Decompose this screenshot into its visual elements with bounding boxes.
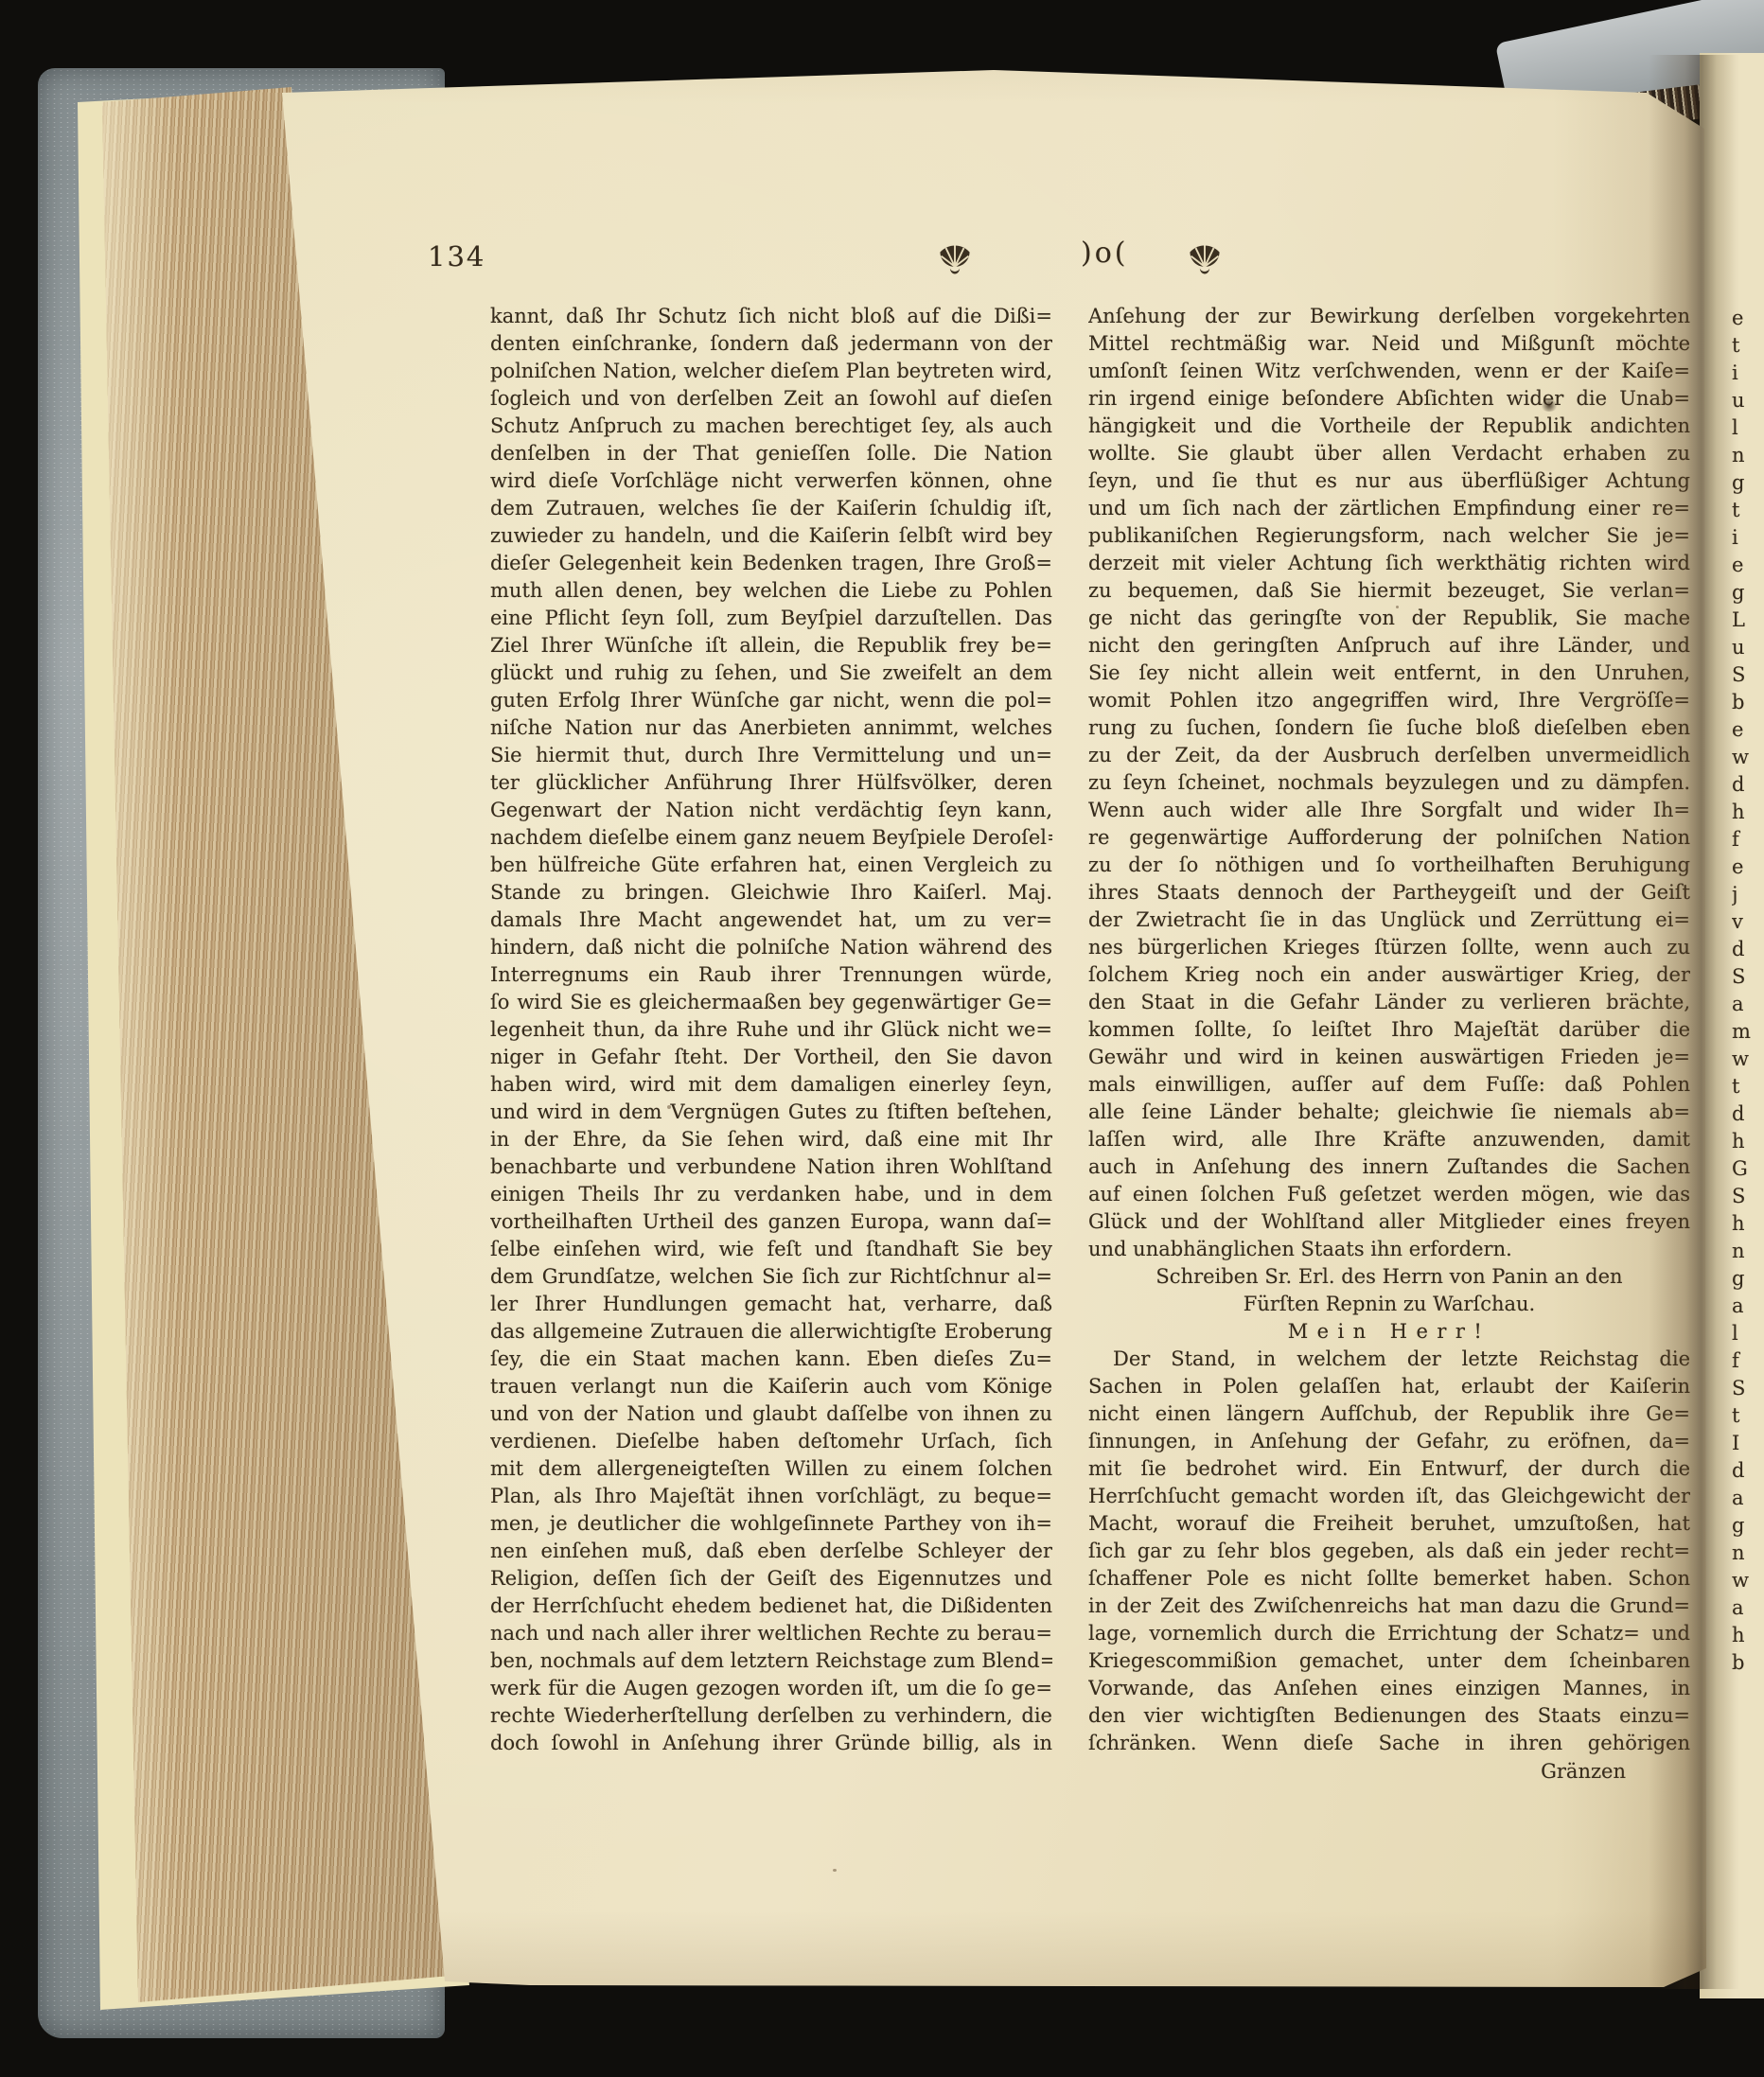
text-line: und unabhänglichen Staats ihn erfordern. [1088, 1236, 1690, 1263]
page-number: 134 [428, 240, 485, 273]
text-line: hindern, daß nicht die polniſche Nation … [490, 934, 1052, 961]
text-line: Stande zu bringen. Gleichwie Ihro Kaiſer… [490, 879, 1052, 906]
text-line: t [1732, 332, 1764, 360]
text-line: n [1732, 442, 1764, 469]
text-line: mit ſie bedrohet wird. Ein Entwurf, der … [1088, 1455, 1690, 1483]
scanned-book-photo: etiulngtiegLuSbewdhfejvdSamwtdhGShngalfS… [0, 0, 1764, 2077]
text-line: g [1732, 1265, 1764, 1293]
text-line: g [1732, 469, 1764, 497]
text-line: kommen ſollte, ſo leiſtet Ihro Majeſtät … [1088, 1016, 1690, 1044]
text-line: der Herrſchſucht ehedem bedienet hat, di… [490, 1593, 1052, 1620]
text-line: w [1732, 744, 1764, 771]
text-line: denſelben in der That genieſſen ſolle. D… [490, 440, 1052, 467]
text-line: haben wird, wird mit dem damaligen einer… [490, 1071, 1052, 1099]
text-line: Schreiben Sr. Erl. des Herrn von Panin a… [1088, 1263, 1690, 1291]
text-line: d [1732, 771, 1764, 799]
text-line: mit dem allergeneigteſten Willen zu eine… [490, 1455, 1052, 1483]
text-line: men, je deutlicher die wohlgeſinnete Par… [490, 1510, 1052, 1538]
text-line: l [1732, 414, 1764, 442]
text-line: in der Zeit des Zwiſchenreichs hat man d… [1088, 1593, 1690, 1620]
text-line: Schutz Anſpruch zu machen berechtiget ſe… [490, 413, 1052, 440]
text-line: ben, nochmals auf dem letztern Reichstag… [490, 1647, 1052, 1675]
text-line: j [1732, 881, 1764, 908]
text-line: Fürſten Repnin zu Warſchau. [1088, 1291, 1690, 1318]
text-line: e [1732, 854, 1764, 881]
text-line: I [1732, 1430, 1764, 1457]
text-line: e [1732, 552, 1764, 579]
text-line: womit Pohlen itzo angegriffen wird, Ihre… [1088, 687, 1690, 714]
text-line: denten einſchranke, ſondern daß jederman… [490, 330, 1052, 358]
text-line: der Zwietracht ſie in das Unglück und Ze… [1088, 906, 1690, 934]
text-line: h [1732, 1128, 1764, 1155]
text-line: werk für die Augen gezogen worden iſt, u… [490, 1675, 1052, 1702]
text-line: Sie ſey nicht allein weit entfernt, in d… [1088, 660, 1690, 687]
text-line: und wird in dem Vergnügen Gutes zu ſtift… [490, 1099, 1052, 1126]
text-line: zu ſeyn ſcheinet, nochmals beyzulegen un… [1088, 769, 1690, 797]
text-line: den vier wichtigſten Bedienungen des Sta… [1088, 1702, 1690, 1730]
text-line: d [1732, 1100, 1764, 1128]
text-line: b [1732, 689, 1764, 716]
text-line: umſonſt ſeinen Witz verſchwenden, wenn e… [1088, 358, 1690, 385]
text-line: Mittel rechtmäßig war. Neid und Mißgunſt… [1088, 330, 1690, 358]
next-page-edge: etiulngtiegLuSbewdhfejvdSamwtdhGShngalfS… [1700, 53, 1764, 1998]
text-line: Vorwande, das Anſehen eines einzigen Man… [1088, 1675, 1690, 1702]
text-line: a [1732, 1293, 1764, 1320]
text-line: Sachen in Polen gelaſſen hat, erlaubt de… [1088, 1373, 1690, 1400]
text-line: hängigkeit und die Vortheile der Republi… [1088, 413, 1690, 440]
text-line: eine Pflicht ſeyn ſoll, zum Beyſpiel dar… [490, 605, 1052, 632]
catchword: Gränzen [1088, 1758, 1690, 1786]
paper-speck [833, 1869, 837, 1872]
text-line: l [1732, 1320, 1764, 1347]
text-line: g [1732, 579, 1764, 607]
text-line: Kriegescommißion gemachet, unter dem ſch… [1088, 1647, 1690, 1675]
text-line: ſich gar zu ſehr blos gegeben, als daß e… [1088, 1538, 1690, 1565]
text-line: glückt und ruhig zu ſehen, und Sie zweif… [490, 660, 1052, 687]
text-line: ſchränken. Wenn dieſe Sache in ihren geh… [1088, 1730, 1690, 1757]
text-line: ſolchem Krieg noch ein ander auswärtiger… [1088, 961, 1690, 989]
text-line: wollte. Sie glaubt über allen Verdacht e… [1088, 440, 1690, 467]
text-line: nachdem dieſelbe einem ganz neuem Beyſpi… [490, 824, 1052, 852]
text-line: n [1732, 1238, 1764, 1265]
text-line: Glück und der Wohlſtand aller Mitglieder… [1088, 1208, 1690, 1236]
text-line: a [1732, 1485, 1764, 1512]
ink-blot [1541, 399, 1558, 412]
text-line: ſogleich und von derſelben Zeit an ſowoh… [490, 385, 1052, 413]
shell-ornament-icon [1185, 242, 1225, 282]
text-line: guten Erfolg Ihrer Wünſche gar nicht, we… [490, 687, 1052, 714]
text-line: ge nicht das geringſte von der Republik,… [1088, 605, 1690, 632]
text-line: zu der ſo nöthigen und ſo vortheilhaften… [1088, 852, 1690, 879]
text-column-left: kannt, daß Ihr Schutz ſich nicht bloß au… [490, 303, 1052, 1757]
text-line: rung zu ſuchen, ſondern ſie ſuche bloß d… [1088, 714, 1690, 742]
text-line: h [1732, 799, 1764, 826]
text-line: Wenn auch wider alle Ihre Sorgfalt und w… [1088, 797, 1690, 824]
text-line: w [1732, 1567, 1764, 1594]
text-line: Anſehung der zur Bewirkung derſelben vor… [1088, 303, 1690, 330]
text-line: in der Ehre, da Sie ſehen wird, daß eine… [490, 1126, 1052, 1153]
text-line: nach und nach aller ihrer weltlichen Rec… [490, 1620, 1052, 1647]
text-line: e [1732, 305, 1764, 332]
next-page-text-fragments: etiulngtiegLuSbewdhfejvdSamwtdhGShngalfS… [1732, 305, 1764, 1677]
text-line: S [1732, 1183, 1764, 1210]
text-line: derzeit mit vieler Achtung ſich werkthät… [1088, 550, 1690, 577]
text-line: laſſen wird, alle Ihre Kräfte anzuwenden… [1088, 1126, 1690, 1153]
text-line: den Staat in die Gefahr Länder zu verlie… [1088, 989, 1690, 1016]
text-line: muth allen denen, bey welchen die Liebe … [490, 577, 1052, 605]
text-line: verdienen. Dieſelbe haben deſtomehr Urſa… [490, 1428, 1052, 1455]
text-line: ihres Staats dennoch der Partheygeiſt un… [1088, 879, 1690, 906]
text-line: ſeyn, und ſie thut es nur aus überflüßig… [1088, 467, 1690, 495]
text-line: Gegenwart der Nation nicht verdächtig ſe… [490, 797, 1052, 824]
text-line: Ziel Ihrer Wünſche iſt allein, die Repub… [490, 632, 1052, 660]
text-line: u [1732, 387, 1764, 414]
text-line: Plan, als Ihro Majeſtät ihnen vorſchlägt… [490, 1483, 1052, 1510]
text-line: wird dieſe Vorſchläge nicht verwerfen kö… [490, 467, 1052, 495]
text-line: L [1732, 607, 1764, 634]
text-line: auch in Anſehung des innern Zuſtandes di… [1088, 1153, 1690, 1181]
text-line: dem Zutrauen, welches ſie der Kaiſerin ſ… [490, 495, 1052, 522]
text-line: ler Ihrer Hundlungen gemacht hat, verhar… [490, 1291, 1052, 1318]
text-line: rechte Wiederherſtellung derſelben zu ve… [490, 1702, 1052, 1730]
text-line: a [1732, 991, 1764, 1018]
text-line: Sie hiermit thut, durch Ihre Vermittelun… [490, 742, 1052, 769]
text-line: dem Grundſatze, welchen Sie ſich zur Ric… [490, 1263, 1052, 1291]
text-line: das allgemeine Zutrauen die allerwichtig… [490, 1318, 1052, 1346]
text-line: nicht den geringſten Anſpruch auf ihre L… [1088, 632, 1690, 660]
text-line: t [1732, 1402, 1764, 1430]
text-line: legenheit thun, da ihre Ruhe und ihr Glü… [490, 1016, 1052, 1044]
text-line: lage, vornemlich durch die Errichtung de… [1088, 1620, 1690, 1647]
text-line: f [1732, 826, 1764, 854]
text-line: kannt, daß Ihr Schutz ſich nicht bloß au… [490, 303, 1052, 330]
text-line: ſey, die ein Staat machen kann. Eben die… [490, 1346, 1052, 1373]
text-line: und von der Nation und glaubt daſſelbe v… [490, 1400, 1052, 1428]
text-line: nen einſehen muß, daß eben derſelbe Schl… [490, 1538, 1052, 1565]
text-line: v [1732, 908, 1764, 936]
text-line: t [1732, 1073, 1764, 1100]
text-line: d [1732, 1457, 1764, 1485]
text-line: Der Stand, in welchem der letzte Reichst… [1088, 1346, 1690, 1373]
text-line: trauen verlangt nun die Kaiſerin auch vo… [490, 1373, 1052, 1400]
text-line: d [1732, 936, 1764, 963]
text-line: i [1732, 360, 1764, 387]
text-line: g [1732, 1512, 1764, 1540]
text-line: m [1732, 1018, 1764, 1046]
text-line: w [1732, 1046, 1764, 1073]
text-line: damals Ihre Macht angewendet hat, um zu … [490, 906, 1052, 934]
text-line: doch ſowohl in Anſehung ihrer Gründe bil… [490, 1730, 1052, 1757]
text-line: b [1732, 1649, 1764, 1677]
text-line: und um ſich nach der zärtlichen Empfindu… [1088, 495, 1690, 522]
text-line: S [1732, 1375, 1764, 1402]
text-line: vortheilhaften Urtheil des ganzen Europa… [490, 1208, 1052, 1236]
text-line: nes bürgerlichen Krieges ſtürzen ſollte,… [1088, 934, 1690, 961]
text-line: S [1732, 963, 1764, 991]
text-line: Interregnums ein Raub ihrer Trennungen w… [490, 961, 1052, 989]
text-line: h [1732, 1622, 1764, 1649]
text-line: niger in Gefahr ſteht. Der Vortheil, den… [490, 1044, 1052, 1071]
text-line: zuwieder zu handeln, und die Kaiſerin ſe… [490, 522, 1052, 550]
text-line: mals einwilligen, auſſer auf dem Fuſſe: … [1088, 1071, 1690, 1099]
text-line: publikaniſchen Regierungsform, nach welc… [1088, 522, 1690, 550]
text-line: f [1732, 1347, 1764, 1375]
text-line: u [1732, 634, 1764, 661]
text-line: ſinnungen, in Anſehung der Gefahr, zu er… [1088, 1428, 1690, 1455]
text-line: rin irgend einige beſondere Abſichten wi… [1088, 385, 1690, 413]
text-line: ſchaffener Pole es nicht ſollte bemerket… [1088, 1565, 1690, 1593]
text-line: ſelbe einſehen wird, wie feſt und ſtandh… [490, 1236, 1052, 1263]
text-line: Herrſchſucht gemacht worden iſt, das Gle… [1088, 1483, 1690, 1510]
shell-ornament-icon [935, 242, 975, 282]
text-line: G [1732, 1155, 1764, 1183]
text-line: auf einen ſolchen Fuß geſetzet werden mö… [1088, 1181, 1690, 1208]
text-line: benachbarte und verbundene Nation ihren … [490, 1153, 1052, 1181]
text-line: zu bequemen, daß Sie hiermit bezeuget, S… [1088, 577, 1690, 605]
text-line: Religion, deſſen ſich der Geiſt des Eige… [490, 1565, 1052, 1593]
text-line: nicht einen längern Aufſchub, der Republ… [1088, 1400, 1690, 1428]
text-line: t [1732, 497, 1764, 524]
text-line: h [1732, 1210, 1764, 1238]
text-line: einigen Theils Ihr zu verdanken habe, un… [490, 1181, 1052, 1208]
text-line: polniſchen Nation, welcher dieſem Plan b… [490, 358, 1052, 385]
text-column-right: Anſehung der zur Bewirkung derſelben vor… [1088, 303, 1690, 1757]
text-line: zu der Zeit, da der Ausbruch derſelben u… [1088, 742, 1690, 769]
text-line: ben hülfreiche Güte erfahren hat, einen … [490, 852, 1052, 879]
text-line: ſo wird Sie es gleichermaaßen bey gegenw… [490, 989, 1052, 1016]
text-line: Mein Herr! [1088, 1318, 1690, 1346]
paper-speck [667, 1105, 671, 1109]
header-separator: )o( [1081, 237, 1128, 270]
text-line: i [1732, 524, 1764, 552]
text-line: n [1732, 1540, 1764, 1567]
text-line: Gewähr und wird in keinen auswärtigen Fr… [1088, 1044, 1690, 1071]
text-line: S [1732, 661, 1764, 689]
text-line: e [1732, 716, 1764, 744]
text-line: Macht, worauf die Freiheit beruhet, umzu… [1088, 1510, 1690, 1538]
text-line: niſche Nation nur das Anerbieten annimmt… [490, 714, 1052, 742]
text-line: a [1732, 1594, 1764, 1622]
text-line: re gegenwärtige Aufforderung der polniſc… [1088, 824, 1690, 852]
text-line: dieſer Gelegenheit kein Bedenken tragen,… [490, 550, 1052, 577]
paper-speck [1396, 606, 1399, 608]
text-line: alle ſeine Länder behalte; gleichwie ſie… [1088, 1099, 1690, 1126]
text-line: ter glücklicher Anführung Ihrer Hülfsvöl… [490, 769, 1052, 797]
